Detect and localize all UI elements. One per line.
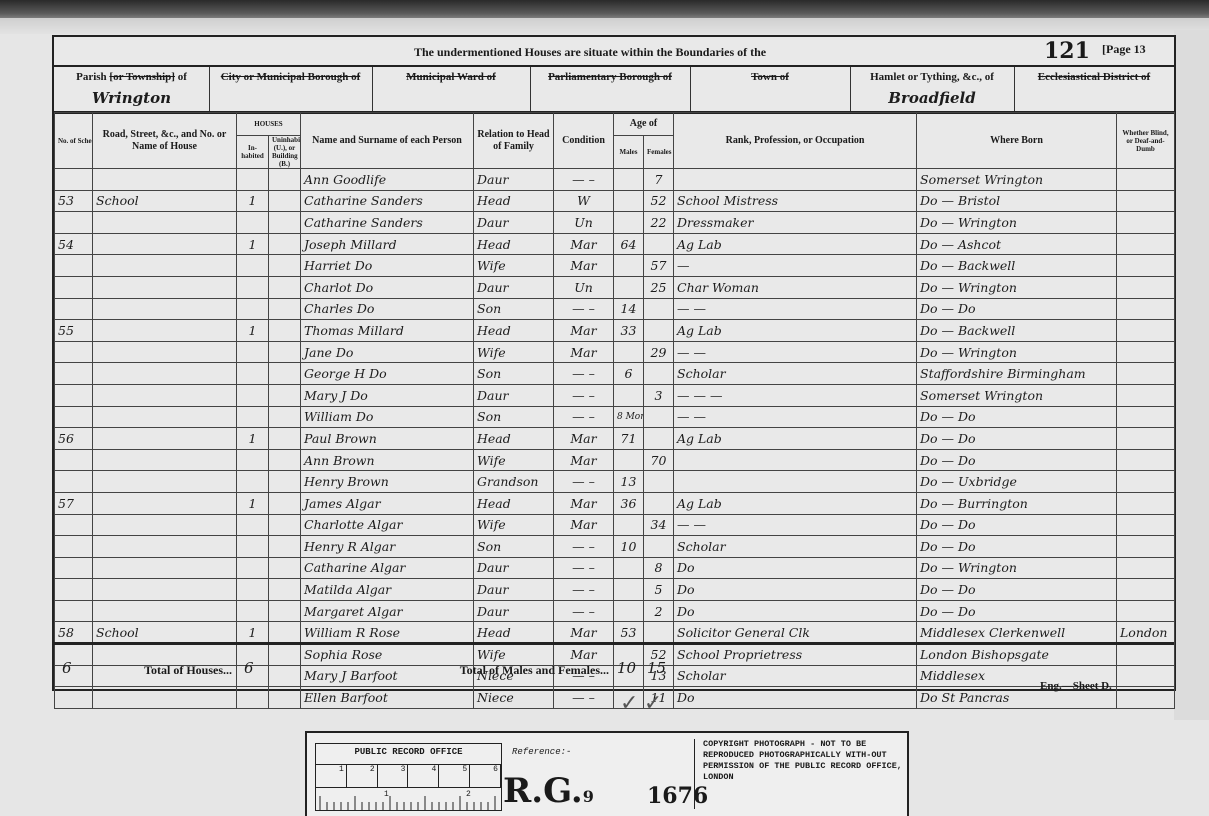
cell-born: Somerset Wrington xyxy=(917,169,1117,191)
cell-sch: 58 xyxy=(55,622,93,644)
cell-sch xyxy=(55,255,93,277)
cell-born: Do — Wrington xyxy=(917,276,1117,298)
cell-road xyxy=(93,363,237,385)
cell-name: Catharine Algar xyxy=(301,557,474,579)
cell-inh: 1 xyxy=(237,492,269,514)
cell-road xyxy=(93,600,237,622)
table-row: Ann BrownWifeMar70Do — Do xyxy=(55,449,1175,471)
cell-unh xyxy=(269,384,301,406)
cell-cond: Mar xyxy=(554,514,614,536)
cell-born: Do — Burrington xyxy=(917,492,1117,514)
cell-name: Ann Goodlife xyxy=(301,169,474,191)
cell-occ: Scholar xyxy=(674,536,917,558)
census-table: No. of Schedule Road, Street, &c., and N… xyxy=(54,112,1175,709)
cell-road xyxy=(93,233,237,255)
cell-unh xyxy=(269,169,301,191)
total-females: 15 xyxy=(647,659,666,677)
cell-name: Henry Brown xyxy=(301,471,474,493)
cell-name: Mary J Do xyxy=(301,384,474,406)
cell-road xyxy=(93,471,237,493)
cell-f: 52 xyxy=(644,190,674,212)
cell-inh xyxy=(237,579,269,601)
table-row: Harriet DoWifeMar57—Do — Backwell xyxy=(55,255,1175,277)
check-marks: ✓ ✓ xyxy=(620,690,662,716)
page-number: [Page 13 xyxy=(1102,42,1146,57)
cell-unh xyxy=(269,276,301,298)
cell-f: 5 xyxy=(644,579,674,601)
cell-born: Do — Uxbridge xyxy=(917,471,1117,493)
cell-born: Do — Do xyxy=(917,298,1117,320)
col-inhabited: In-habited xyxy=(237,136,269,169)
cell-born: Do — Do xyxy=(917,579,1117,601)
cell-occ xyxy=(674,169,917,191)
cell-born: Do — Ashcot xyxy=(917,233,1117,255)
parish-box: Parish [or Township] of Wrington xyxy=(54,67,210,111)
cell-sch xyxy=(55,536,93,558)
cell-born: Do — Backwell xyxy=(917,320,1117,342)
cell-unh xyxy=(269,233,301,255)
cell-name: Charlotte Algar xyxy=(301,514,474,536)
cell-unh xyxy=(269,514,301,536)
cell-name: Jane Do xyxy=(301,341,474,363)
cell-rel: Wife xyxy=(474,449,554,471)
cell-inh xyxy=(237,557,269,579)
cell-m xyxy=(614,557,644,579)
cell-unh xyxy=(269,320,301,342)
cell-occ: Ag Lab xyxy=(674,492,917,514)
cell-born: Do — Bristol xyxy=(917,190,1117,212)
table-row: Matilda AlgarDaur— –5DoDo — Do xyxy=(55,579,1175,601)
cell-f xyxy=(644,363,674,385)
cell-road xyxy=(93,384,237,406)
cell-occ: — — xyxy=(674,406,917,428)
cell-rel: Wife xyxy=(474,514,554,536)
cell-inh xyxy=(237,471,269,493)
city-box: City or Municipal Borough of xyxy=(209,67,373,111)
cell-m xyxy=(614,169,644,191)
cell-road xyxy=(93,169,237,191)
cell-blind: London xyxy=(1117,622,1175,644)
cell-m: 36 xyxy=(614,492,644,514)
scan-margin xyxy=(0,18,1209,34)
cell-sch xyxy=(55,406,93,428)
ruler-scale-inches: 1 2 3 4 5 6 xyxy=(316,764,501,788)
cell-road xyxy=(93,255,237,277)
cell-m xyxy=(614,212,644,234)
cell-cond: Mar xyxy=(554,255,614,277)
cell-rel: Son xyxy=(474,536,554,558)
cell-rel: Wife xyxy=(474,255,554,277)
cell-name: William Do xyxy=(301,406,474,428)
parish-value: Wrington xyxy=(54,89,209,107)
cell-sch xyxy=(55,600,93,622)
cell-cond: — – xyxy=(554,600,614,622)
cell-f: 2 xyxy=(644,600,674,622)
cell-name: Ann Brown xyxy=(301,449,474,471)
ruler-scale-ticks: 1 2 xyxy=(316,788,501,810)
cell-unh xyxy=(269,471,301,493)
ecclesiastical-box: Ecclesiastical District of xyxy=(1014,67,1174,111)
col-uninhabited: Uninhabited (U.), or Building (B.) xyxy=(269,136,301,169)
cell-road xyxy=(93,492,237,514)
cell-inh: 1 xyxy=(237,428,269,450)
cell-rel: Head xyxy=(474,428,554,450)
cell-rel: Son xyxy=(474,406,554,428)
cell-sch xyxy=(55,579,93,601)
cell-blind xyxy=(1117,471,1175,493)
cell-name: Charles Do xyxy=(301,298,474,320)
table-row: George H DoSon— –6ScholarStaffordshire B… xyxy=(55,363,1175,385)
cell-occ: Ag Lab xyxy=(674,428,917,450)
ruler-ticks-icon xyxy=(316,788,501,810)
cell-rel: Head xyxy=(474,320,554,342)
cell-blind xyxy=(1117,600,1175,622)
cell-blind xyxy=(1117,579,1175,601)
cell-occ: — — xyxy=(674,298,917,320)
cell-m xyxy=(614,341,644,363)
cell-inh xyxy=(237,384,269,406)
table-row: Henry R AlgarSon— –10ScholarDo — Do xyxy=(55,536,1175,558)
table-row: Jane DoWifeMar29— —Do — Wrington xyxy=(55,341,1175,363)
cell-cond: — – xyxy=(554,406,614,428)
cell-born: Middlesex Clerkenwell xyxy=(917,622,1117,644)
cell-name: Charlot Do xyxy=(301,276,474,298)
cell-unh xyxy=(269,190,301,212)
cell-sch: 54 xyxy=(55,233,93,255)
cell-f xyxy=(644,622,674,644)
cell-m xyxy=(614,449,644,471)
cell-inh: 1 xyxy=(237,320,269,342)
cell-occ: School Mistress xyxy=(674,190,917,212)
cell-rel: Daur xyxy=(474,384,554,406)
cell-name: Paul Brown xyxy=(301,428,474,450)
cell-road xyxy=(93,579,237,601)
cell-occ: Dressmaker xyxy=(674,212,917,234)
cell-occ: Solicitor General Clk xyxy=(674,622,917,644)
cell-unh xyxy=(269,255,301,277)
cell-sch xyxy=(55,341,93,363)
cell-rel: Daur xyxy=(474,600,554,622)
cell-blind xyxy=(1117,320,1175,342)
cell-sch xyxy=(55,169,93,191)
cell-blind xyxy=(1117,298,1175,320)
table-row: 58School1William R RoseHeadMar53Solicito… xyxy=(55,622,1175,644)
table-row: Charlot DoDaurUn25Char WomanDo — Wringto… xyxy=(55,276,1175,298)
cell-unh xyxy=(269,579,301,601)
cell-road: School xyxy=(93,190,237,212)
total-houses-label: Total of Houses... xyxy=(144,663,232,678)
census-page: The undermentioned Houses are situate wi… xyxy=(52,35,1176,691)
cell-blind xyxy=(1117,190,1175,212)
cell-blind xyxy=(1117,384,1175,406)
cell-name: William R Rose xyxy=(301,622,474,644)
cell-m xyxy=(614,514,644,536)
cell-f: 3 xyxy=(644,384,674,406)
cell-occ: — xyxy=(674,255,917,277)
cell-m: 13 xyxy=(614,471,644,493)
cell-blind xyxy=(1117,255,1175,277)
cell-rel: Daur xyxy=(474,579,554,601)
cell-unh xyxy=(269,298,301,320)
table-row: 571James AlgarHeadMar36Ag LabDo — Burrin… xyxy=(55,492,1175,514)
cell-occ: Scholar xyxy=(674,363,917,385)
cell-unh xyxy=(269,557,301,579)
cell-cond: Mar xyxy=(554,341,614,363)
cell-rel: Son xyxy=(474,363,554,385)
cell-blind xyxy=(1117,492,1175,514)
cell-sch: 55 xyxy=(55,320,93,342)
cell-cond: — – xyxy=(554,536,614,558)
col-name: Name and Surname of each Person xyxy=(301,113,474,169)
cell-m xyxy=(614,600,644,622)
cell-occ: Do xyxy=(674,579,917,601)
cell-inh xyxy=(237,406,269,428)
cell-road xyxy=(93,428,237,450)
cell-born: Do — Do xyxy=(917,514,1117,536)
col-occupation: Rank, Profession, or Occupation xyxy=(674,113,917,169)
cell-born: Do — Do xyxy=(917,428,1117,450)
total-schedules: 6 xyxy=(62,659,72,677)
cell-name: Thomas Millard xyxy=(301,320,474,342)
cell-born: Do — Wrington xyxy=(917,557,1117,579)
cell-inh xyxy=(237,536,269,558)
cell-inh xyxy=(237,169,269,191)
cell-cond: Mar xyxy=(554,233,614,255)
cell-unh xyxy=(269,363,301,385)
cell-sch: 53 xyxy=(55,190,93,212)
cell-m xyxy=(614,276,644,298)
record-class: R.G.9 xyxy=(503,771,594,811)
cell-f: 57 xyxy=(644,255,674,277)
cell-cond: Mar xyxy=(554,449,614,471)
table-row: Charlotte AlgarWifeMar34— —Do — Do xyxy=(55,514,1175,536)
cell-f xyxy=(644,298,674,320)
cell-blind xyxy=(1117,276,1175,298)
ward-box: Municipal Ward of xyxy=(372,67,531,111)
cell-occ: — — — xyxy=(674,384,917,406)
cell-m: 8 Months xyxy=(614,406,644,428)
cell-rel: Head xyxy=(474,233,554,255)
cell-rel: Head xyxy=(474,492,554,514)
cell-sch xyxy=(55,514,93,536)
cell-f: 34 xyxy=(644,514,674,536)
cell-occ xyxy=(674,471,917,493)
cell-occ: — — xyxy=(674,341,917,363)
cell-sch: 56 xyxy=(55,428,93,450)
cell-sch xyxy=(55,384,93,406)
cell-road: School xyxy=(93,622,237,644)
cell-road xyxy=(93,320,237,342)
cell-f xyxy=(644,471,674,493)
cell-name: Matilda Algar xyxy=(301,579,474,601)
cell-born: Do — Do xyxy=(917,536,1117,558)
cell-cond: Un xyxy=(554,212,614,234)
cell-occ: — — xyxy=(674,514,917,536)
cell-blind xyxy=(1117,536,1175,558)
cell-blind xyxy=(1117,449,1175,471)
cell-rel: Head xyxy=(474,622,554,644)
cell-sch xyxy=(55,276,93,298)
cell-sch xyxy=(55,363,93,385)
cell-rel: Head xyxy=(474,190,554,212)
cell-f xyxy=(644,406,674,428)
cell-occ: Ag Lab xyxy=(674,233,917,255)
reference-label: Reference:- xyxy=(512,747,571,757)
table-row: Catharine AlgarDaur— –8DoDo — Wrington xyxy=(55,557,1175,579)
cell-sch xyxy=(55,212,93,234)
cell-cond: Mar xyxy=(554,320,614,342)
hamlet-value: Broadfield xyxy=(850,89,1014,107)
cell-name: Joseph Millard xyxy=(301,233,474,255)
cell-cond: — – xyxy=(554,557,614,579)
col-blind: Whether Blind, or Deaf-and-Dumb xyxy=(1117,113,1175,169)
cell-m: 10 xyxy=(614,536,644,558)
cell-born: Do — Do xyxy=(917,406,1117,428)
cell-m xyxy=(614,579,644,601)
cell-f: 70 xyxy=(644,449,674,471)
cell-occ: Char Woman xyxy=(674,276,917,298)
table-row: Ann GoodlifeDaur— –7Somerset Wrington xyxy=(55,169,1175,191)
cell-blind xyxy=(1117,341,1175,363)
cell-inh: 1 xyxy=(237,190,269,212)
cell-m xyxy=(614,255,644,277)
cell-blind xyxy=(1117,363,1175,385)
cell-inh xyxy=(237,255,269,277)
cell-born: Do — Do xyxy=(917,449,1117,471)
cell-unh xyxy=(269,600,301,622)
cell-rel: Daur xyxy=(474,169,554,191)
cell-m xyxy=(614,384,644,406)
cell-cond: — – xyxy=(554,298,614,320)
table-row: 551Thomas MillardHeadMar33Ag LabDo — Bac… xyxy=(55,320,1175,342)
cell-f xyxy=(644,233,674,255)
col-houses: HOUSES xyxy=(237,113,301,136)
cell-f xyxy=(644,536,674,558)
cell-m: 33 xyxy=(614,320,644,342)
cell-born: Do — Backwell xyxy=(917,255,1117,277)
total-males: 10 xyxy=(617,659,636,677)
cell-blind xyxy=(1117,212,1175,234)
cell-sch xyxy=(55,471,93,493)
parliamentary-box: Parliamentary Borough of xyxy=(530,67,691,111)
cell-cond: — – xyxy=(554,471,614,493)
cell-cond: W xyxy=(554,190,614,212)
cell-m: 14 xyxy=(614,298,644,320)
table-row: 53School1Catharine SandersHeadW52School … xyxy=(55,190,1175,212)
ruler: PUBLIC RECORD OFFICE 1 2 3 4 5 6 1 2 xyxy=(315,743,502,811)
cell-inh xyxy=(237,363,269,385)
cell-unh xyxy=(269,406,301,428)
cell-sch xyxy=(55,298,93,320)
cell-f: 22 xyxy=(644,212,674,234)
cell-rel: Daur xyxy=(474,276,554,298)
cell-cond: — – xyxy=(554,363,614,385)
folio-number: 121 xyxy=(1044,38,1090,64)
record-office-label: PUBLIC RECORD OFFICE 1 2 3 4 5 6 1 2 Ref… xyxy=(305,731,909,816)
total-persons-label: Total of Males and Females... xyxy=(460,663,609,678)
col-males: Males xyxy=(614,136,644,169)
cell-blind xyxy=(1117,557,1175,579)
cell-born: Somerset Wrington xyxy=(917,384,1117,406)
cell-occ: Do xyxy=(674,557,917,579)
cell-occ: Do xyxy=(674,600,917,622)
cell-blind xyxy=(1117,233,1175,255)
cell-sch: 57 xyxy=(55,492,93,514)
cell-f xyxy=(644,492,674,514)
cell-born: Do — Do xyxy=(917,600,1117,622)
cell-born: Staffordshire Birmingham xyxy=(917,363,1117,385)
table-row: William DoSon— –8 Months— —Do — Do xyxy=(55,406,1175,428)
cell-unh xyxy=(269,428,301,450)
cell-road xyxy=(93,536,237,558)
table-row: 541Joseph MillardHeadMar64Ag LabDo — Ash… xyxy=(55,233,1175,255)
cell-name: George H Do xyxy=(301,363,474,385)
table-row: Mary J DoDaur— –3— — —Somerset Wrington xyxy=(55,384,1175,406)
cell-name: Harriet Do xyxy=(301,255,474,277)
cell-rel: Grandson xyxy=(474,471,554,493)
totals-row: 6 Total of Houses... 6 Total of Males an… xyxy=(54,642,1174,690)
col-relation: Relation to Head of Family xyxy=(474,113,554,169)
cell-name: Catharine Sanders xyxy=(301,190,474,212)
col-condition: Condition xyxy=(554,113,614,169)
table-row: Charles DoSon— –14— —Do — Do xyxy=(55,298,1175,320)
copyright-notice: COPYRIGHT PHOTOGRAPH - NOT TO BE REPRODU… xyxy=(694,739,903,809)
cell-sch xyxy=(55,557,93,579)
scan-right-margin xyxy=(1174,30,1209,720)
cell-inh: 1 xyxy=(237,622,269,644)
cell-unh xyxy=(269,212,301,234)
cell-occ xyxy=(674,449,917,471)
col-born: Where Born xyxy=(917,113,1117,169)
cell-m: 6 xyxy=(614,363,644,385)
table-row: Catharine SandersDaurUn22DressmakerDo — … xyxy=(55,212,1175,234)
cell-inh: 1 xyxy=(237,233,269,255)
cell-born: Do — Wrington xyxy=(917,341,1117,363)
cell-road xyxy=(93,298,237,320)
table-row: Henry BrownGrandson— –13Do — Uxbridge xyxy=(55,471,1175,493)
cell-sch xyxy=(55,449,93,471)
cell-name: Henry R Algar xyxy=(301,536,474,558)
cell-road xyxy=(93,212,237,234)
cell-m: 53 xyxy=(614,622,644,644)
cell-born: Do — Wrington xyxy=(917,212,1117,234)
cell-blind xyxy=(1117,406,1175,428)
cell-unh xyxy=(269,492,301,514)
cell-f: 29 xyxy=(644,341,674,363)
cell-rel: Daur xyxy=(474,212,554,234)
cell-inh xyxy=(237,514,269,536)
cell-inh xyxy=(237,600,269,622)
record-office-title: PUBLIC RECORD OFFICE xyxy=(316,747,501,757)
cell-unh xyxy=(269,622,301,644)
cell-unh xyxy=(269,536,301,558)
hamlet-box: Hamlet or Tything, &c., of Broadfield xyxy=(850,67,1015,111)
cell-cond: Mar xyxy=(554,492,614,514)
cell-m: 71 xyxy=(614,428,644,450)
cell-f: 25 xyxy=(644,276,674,298)
cell-f: 8 xyxy=(644,557,674,579)
cell-inh xyxy=(237,341,269,363)
cell-inh xyxy=(237,212,269,234)
col-females: Females xyxy=(644,136,674,169)
district-boxes: Parish [or Township] of Wrington City or… xyxy=(54,65,1174,114)
cell-inh xyxy=(237,449,269,471)
cell-road xyxy=(93,276,237,298)
cell-road xyxy=(93,449,237,471)
cell-m xyxy=(614,190,644,212)
cell-cond: — – xyxy=(554,169,614,191)
sheet-label: Eng.—Sheet D. xyxy=(1040,680,1112,692)
